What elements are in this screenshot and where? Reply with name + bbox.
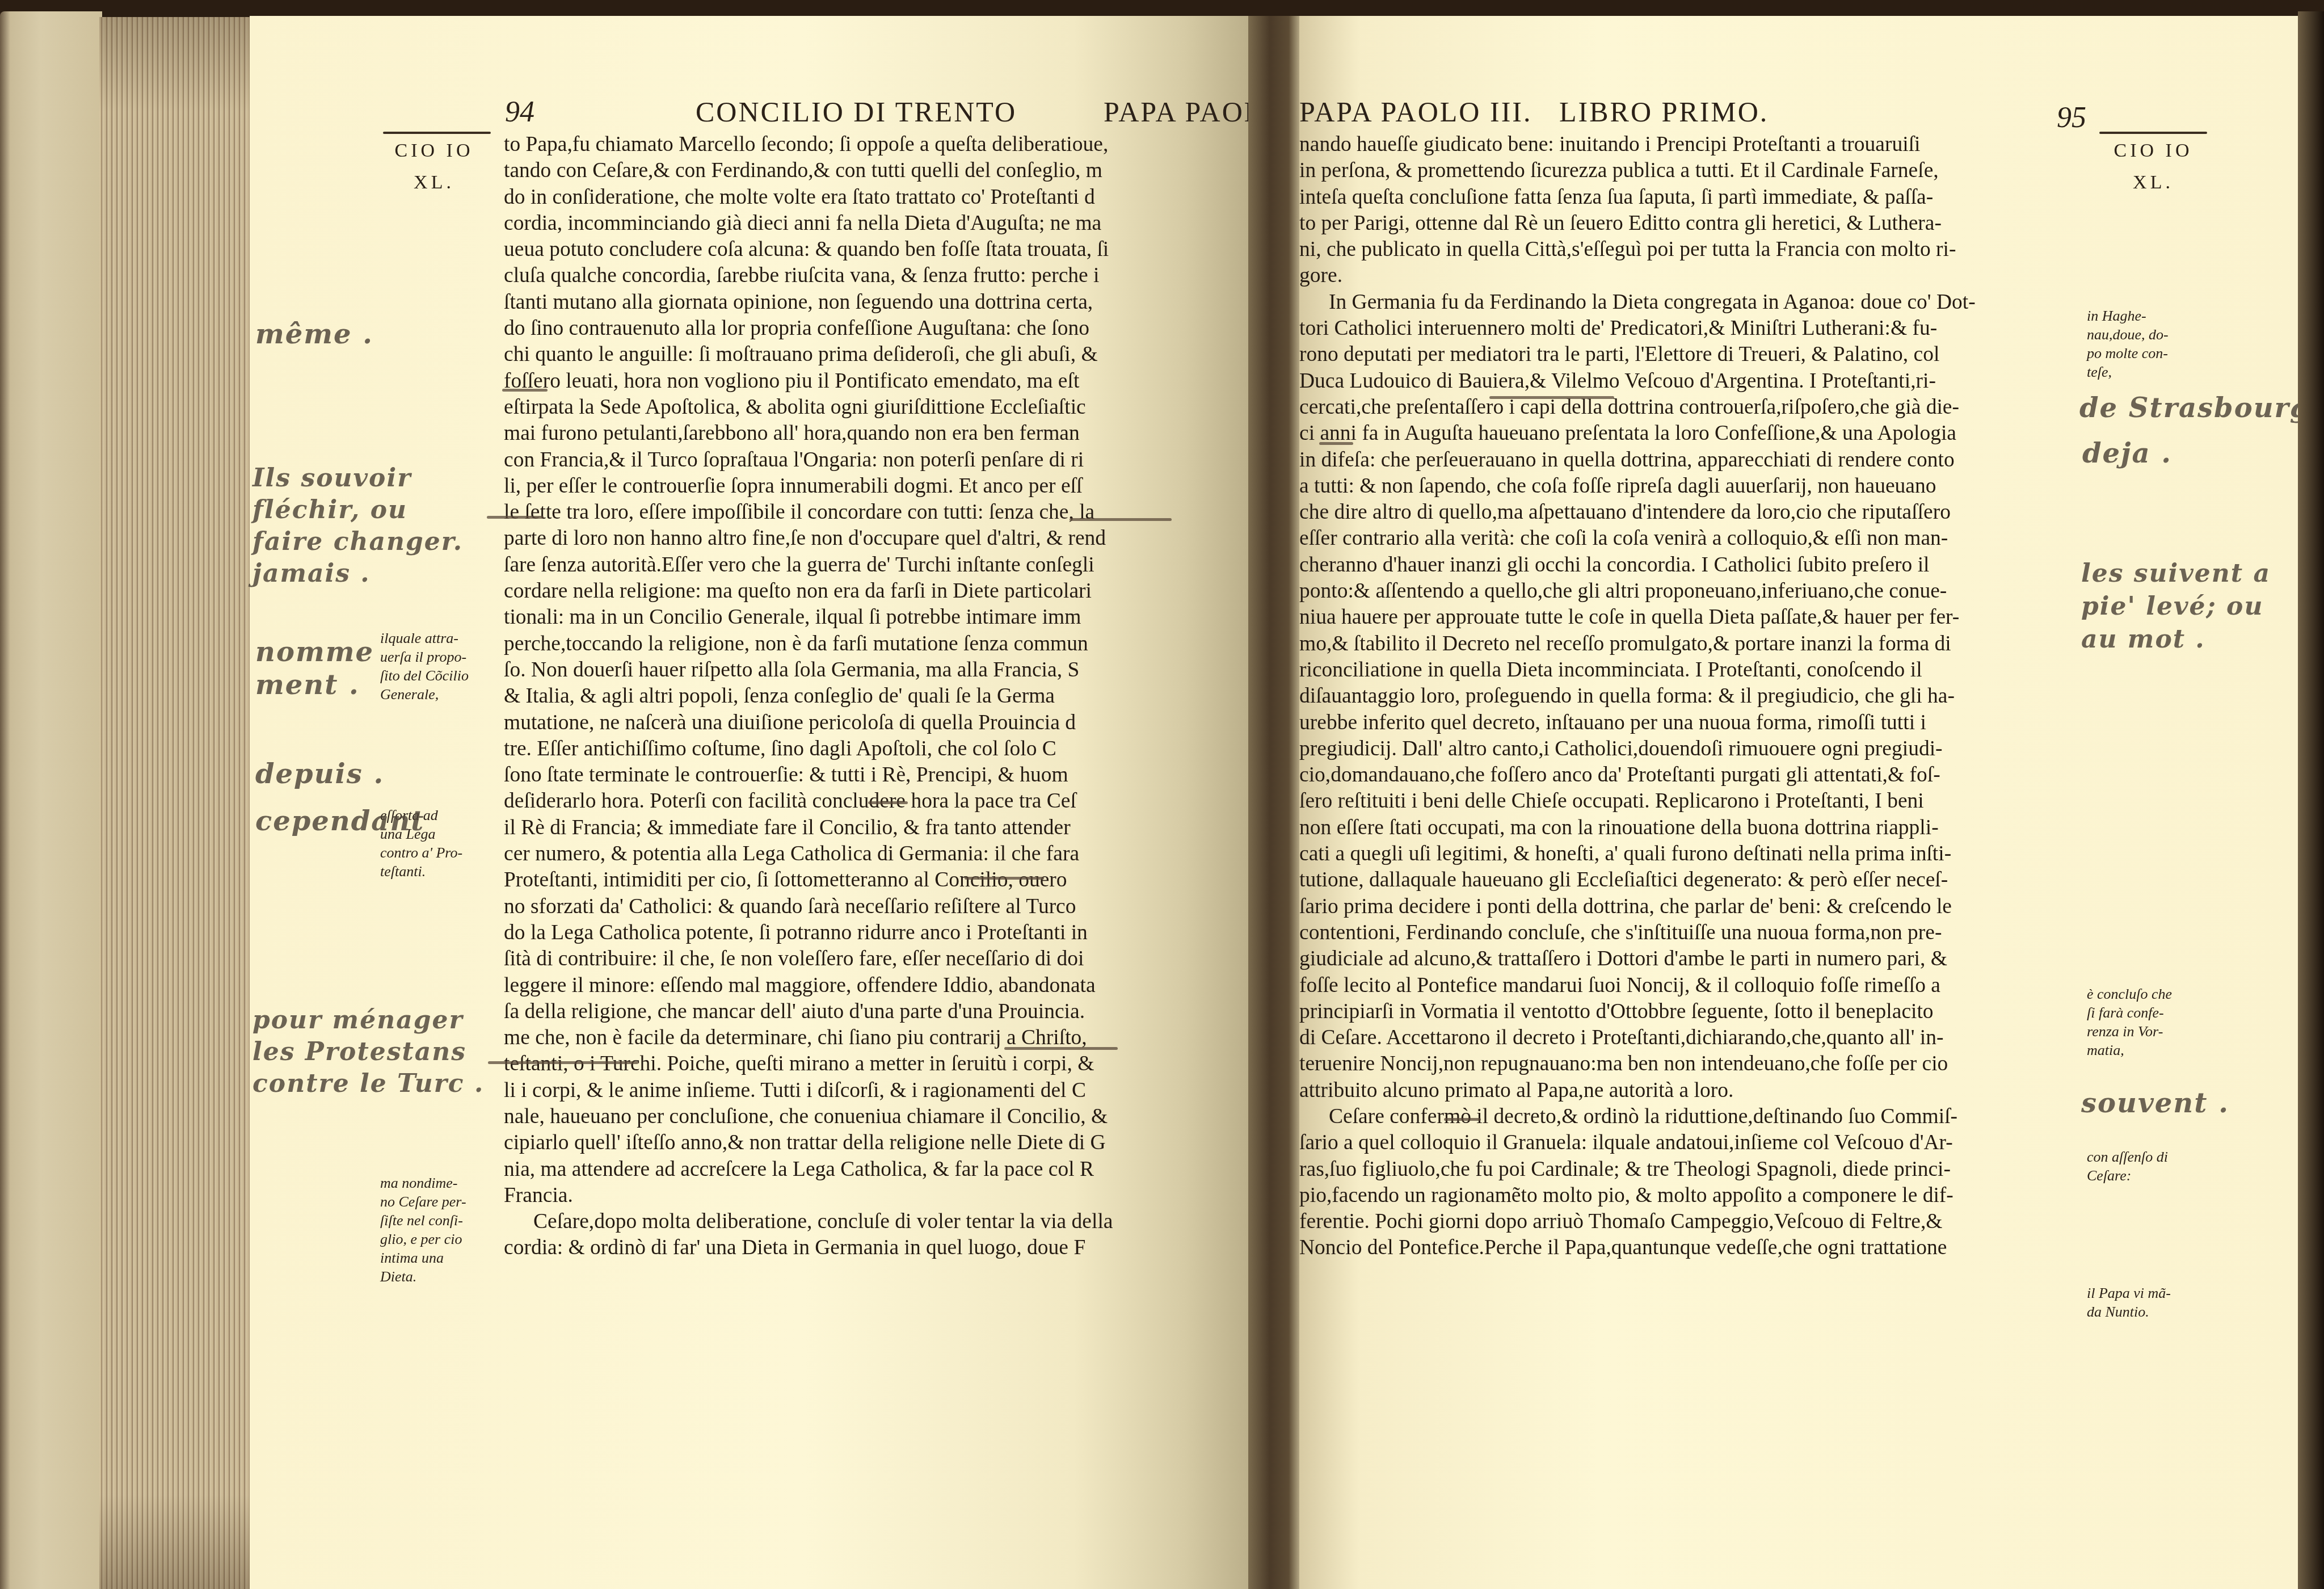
text-line: ſare ſenza autorità.Eſſer vero che la gu… [504, 552, 1113, 578]
text-line: to Papa,fu chiamato Marcello ſecondo; ſi… [504, 132, 1113, 158]
text-line: Ceſare,dopo molta deliberatione, concluſ… [504, 1209, 1113, 1235]
printed-margin-note: il Papa vi mã- da Nuntio. [2087, 1284, 2171, 1321]
ink-underline [868, 801, 908, 804]
text-line: riconciliatione in quella Dieta incommin… [1299, 657, 1976, 683]
ink-underline [502, 389, 548, 392]
text-line: mutatione, ne naſcerà una diuiſione peri… [504, 710, 1113, 736]
text-line: pregiudicij. Dall' altro canto,i Catholi… [1299, 736, 1976, 762]
text-line: ueua potuto concludere coſa alcuna: & qu… [504, 237, 1113, 263]
text-line: teſtanti, o i Turchi. Poiche, queſti mir… [504, 1051, 1113, 1077]
text-line: contentioni, Ferdinando concluſe, che s'… [1299, 920, 1976, 946]
text-line: Francia. [504, 1183, 1113, 1209]
text-line: perche,toccando la religione, non è da f… [504, 631, 1113, 657]
text-line: cordare nella religione: ma queſto non e… [504, 578, 1113, 604]
text-line: ponto:& aſſentendo a quello,che gli altr… [1299, 578, 1976, 604]
text-line: ſario prima decidere i ponti della dottr… [1299, 894, 1976, 920]
text-line: giudiciale ad alcuno,& trattaſſero i Dot… [1299, 946, 1976, 972]
ink-underline [1444, 1118, 1481, 1121]
text-line: nia, ma attendere ad accreſcere la Lega … [504, 1157, 1113, 1183]
right-page-body: nando haueſſe giudicato bene: inuitando … [1299, 132, 1976, 1262]
handwritten-margin-note: depuis . [255, 758, 384, 791]
text-line: li, per eſſer le controuerſie ſopra innu… [504, 473, 1113, 499]
text-line: foſſero leuati, hora non vogliono piu il… [504, 368, 1113, 394]
text-line: ſero reſtituiti i beni delle Chieſe occu… [1299, 788, 1976, 814]
handwritten-margin-note: souvent . [2081, 1087, 2229, 1120]
text-line: mai furono petulanti,ſarebbono all' hora… [504, 421, 1113, 447]
text-line: tutione, dallaquale haueuano gli Eccleſi… [1299, 867, 1976, 893]
text-line: eſtirpata la Sede Apoſtolica, & abolita … [504, 394, 1113, 421]
text-line: leggere il minore: eſſendo mal maggiore,… [504, 973, 1113, 999]
text-line: deſiderarlo hora. Poterſi con facilità c… [504, 788, 1113, 814]
text-line: Noncio del Pontefice.Perche il Papa,quan… [1299, 1235, 1976, 1261]
text-line: ferentie. Pochi giorni dopo arriuò Thoma… [1299, 1209, 1976, 1235]
signature-rule-left [383, 132, 491, 134]
text-line: cheranno d'hauer inanzi gli occhi la con… [1299, 552, 1976, 578]
handwritten-margin-note: Ils souvoir fléchir, ou faire changer. j… [252, 463, 463, 590]
text-line: li i corpi, & le anime inſieme. Tutti i … [504, 1078, 1113, 1104]
text-line: urebbe inferito quel decreto, inſtauano … [1299, 710, 1976, 736]
text-line: Ceſare confermò il decreto,& ordinò la r… [1299, 1104, 1976, 1130]
running-head-left: CONCILIO DI TRENTO [696, 95, 1017, 128]
signature-rule-right [2099, 132, 2207, 134]
text-line: nando haueſſe giudicato bene: inuitando … [1299, 132, 1976, 158]
text-line: principiarſi in Vormatia il ventotto d'O… [1299, 999, 1976, 1025]
handwritten-margin-note: nomme ment . [255, 636, 374, 701]
text-line: pio,facendo un ragionamẽto molto pio, & … [1299, 1183, 1976, 1209]
text-line: il Rè di Francia; & immediate fare il Co… [504, 815, 1113, 841]
text-line: ſità di contribuire: il che, ſe non vole… [504, 946, 1113, 972]
printed-margin-note: ilquale attra- uerſa il propo- ſito del … [380, 629, 469, 704]
text-line: gore. [1299, 263, 1976, 289]
text-line: ſo. Non douerſi hauer riſpetto alla ſola… [504, 657, 1113, 683]
text-line: mo,& ſtabilito il Decreto nel receſſo pr… [1299, 631, 1976, 657]
text-line: cordia: & ordinò di far' una Dieta in Ge… [504, 1235, 1113, 1261]
text-line: do ſino contrauenuto alla lor propria co… [504, 316, 1113, 342]
ink-underline [965, 877, 1044, 880]
text-line: eſſer contrario alla verità: che coſi la… [1299, 526, 1976, 552]
text-line: tando con Ceſare,& con Ferdinando,& con … [504, 158, 1113, 184]
text-line: le ſette tra loro, eſſere impoſſibile il… [504, 499, 1113, 526]
handwritten-margin-note: cependant [255, 805, 425, 838]
text-line: di Ceſare. Accettarono il decreto i Prot… [1299, 1025, 1976, 1051]
text-line: do in conſideratione, che molte volte er… [504, 184, 1113, 211]
text-line: ni, che publicato in quella Città,s'eſſe… [1299, 237, 1976, 263]
text-line: ſa della religione, che mancar dell' aiu… [504, 999, 1113, 1025]
ink-underline [1004, 1047, 1118, 1050]
book-right-edge [2298, 11, 2324, 1589]
signature-mark-left: CIO IO XL. [369, 135, 499, 199]
text-line: ci anni fa in Auguſta haueuano preſentat… [1299, 421, 1976, 447]
ink-underline [1489, 396, 1614, 399]
text-line: & Italia, & agli altri popoli, ſenza con… [504, 683, 1113, 709]
text-line: tori Catholici interuennero molti de' Pr… [1299, 316, 1976, 342]
printed-margin-note: in Haghe- nau,doue, do- po molte con- te… [2087, 306, 2169, 381]
page-number-left: 94 [505, 95, 534, 129]
text-line: Duca Ludouico di Bauiera,& Vilelmo Veſco… [1299, 368, 1976, 394]
text-line: nale, haueuano per concluſione, che conu… [504, 1104, 1113, 1130]
handwritten-margin-note: les suivent a pie' levé; ou au mot . [2081, 557, 2271, 656]
text-line: tionali: ma in un Concilio Generale, ilq… [504, 604, 1113, 630]
text-line: in perſona, & promettendo ſicurezza publ… [1299, 158, 1976, 184]
printed-margin-note: ma nondime- no Ceſare per- ſiſte nel con… [380, 1174, 466, 1286]
text-line: do la Lega Catholica potente, ſi potrann… [504, 920, 1113, 946]
signature-mark-right: CIO IO XL. [2088, 135, 2218, 199]
text-line: inteſa queſta concluſione fatta ſenza ſu… [1299, 184, 1976, 211]
printed-margin-note: è concluſo che ſi farà confe- renza in V… [2087, 985, 2172, 1060]
printed-margin-note: con aſſenſo di Ceſare: [2087, 1147, 2168, 1185]
text-line: tre. Eſſer antichiſſimo coſtume, ſino da… [504, 736, 1113, 762]
text-line: cipiarlo quell' iſteſſo anno,& non tratt… [504, 1130, 1113, 1156]
text-line: rono deputati per mediatori tra le parti… [1299, 342, 1976, 368]
ink-underline [488, 1061, 638, 1064]
text-line: no sforzati da' Catholici: & quando ſarà… [504, 894, 1113, 920]
text-line: ſario a quel colloquio il Granuela: ilqu… [1299, 1130, 1976, 1156]
text-line: cordia, incomminciando già dieci anni fa… [504, 211, 1113, 237]
text-line: diſauantaggio loro, proſeguendo in quell… [1299, 683, 1976, 709]
book-gutter [1248, 16, 1302, 1589]
running-head-left-pope: PAPA PAOL [1104, 95, 1263, 128]
ink-underline [1070, 518, 1172, 521]
text-line: non eſſere ſtati occupati, ma con la rin… [1299, 815, 1976, 841]
text-line: teruenire Noncij,non repugnauano:ma ben … [1299, 1051, 1976, 1077]
text-line: in difeſa: che perſeuerauano in quella d… [1299, 447, 1976, 473]
text-line: cio,domandauano,che foſſero anco da' Pro… [1299, 762, 1976, 788]
left-page-body: to Papa,fu chiamato Marcello ſecondo; ſi… [504, 132, 1113, 1262]
handwritten-margin-note: même . [255, 318, 373, 351]
text-line: a tutti: & non ſapendo, che coſa foſſe r… [1299, 473, 1976, 499]
handwritten-margin-note: pour ménager les Protestans contre le Tu… [252, 1004, 484, 1100]
text-line: parte di loro non hanno altro fine,ſe no… [504, 526, 1113, 552]
handwritten-margin-note: de Strasbourg . [2079, 392, 2324, 424]
text-line: cer numero, & potentia alla Lega Catholi… [504, 841, 1113, 867]
running-head-right-pope: PAPA PAOLO III. [1299, 95, 1532, 128]
running-head-right: LIBRO PRIMO. [1559, 95, 1769, 128]
ink-underline [1319, 442, 1353, 445]
ink-underline [487, 516, 544, 519]
text-line: chi quanto le anguille: ſi moſtrauano pr… [504, 342, 1113, 368]
book-cover [0, 11, 102, 1589]
text-line: cati a quegli uſi legitimi, & honeſti, a… [1299, 841, 1976, 867]
text-line: ras,ſuo figliuolo,che fu poi Cardinale; … [1299, 1157, 1976, 1183]
text-line: Proteſtanti, intimiditi per cio, ſi ſott… [504, 867, 1113, 893]
page-number-right: 95 [2057, 101, 2086, 134]
text-line: cluſa qualche concordia, ſarebbe riuſcit… [504, 263, 1113, 289]
text-line: attribuito alcuno primato al Papa,ne aut… [1299, 1078, 1976, 1104]
text-line: foſſe lecito al Pontefice mandarui ſuoi … [1299, 973, 1976, 999]
text-line: In Germania fu da Ferdinando la Dieta co… [1299, 289, 1976, 316]
text-line: che dire altro di quello,ma aſpettauano … [1299, 499, 1976, 526]
text-line: con Francia,& il Turco ſopraſtaua l'Onga… [504, 447, 1113, 473]
text-line: ſono ſtate terminate le controuerſie: & … [504, 762, 1113, 788]
text-line: ſtanti mutano alla giornata opinione, no… [504, 289, 1113, 316]
page-edges [99, 17, 252, 1589]
text-line: cercati,che preſentaſſero i capi della d… [1299, 394, 1976, 421]
text-line: to per Parigi, ottenne dal Rè un ſeuero … [1299, 211, 1976, 237]
handwritten-margin-note: deja . [2082, 437, 2172, 470]
text-line: niua hauere per approuate tutte le coſe … [1299, 604, 1976, 630]
